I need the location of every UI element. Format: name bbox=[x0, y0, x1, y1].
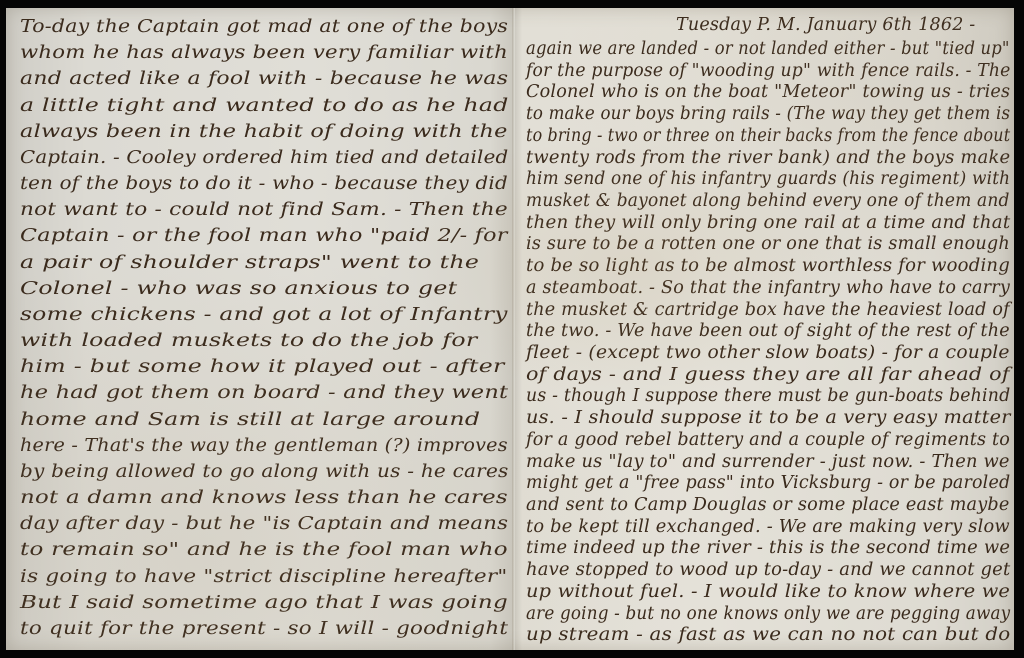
scanned-letter: To-day the Captain got mad at one of the… bbox=[0, 0, 1024, 658]
left-page: To-day the Captain got mad at one of the… bbox=[20, 8, 508, 650]
handwritten-line: up stream - as fast as we can no not can… bbox=[526, 620, 1010, 650]
center-fold bbox=[512, 8, 515, 650]
right-page: Tuesday P. M. January 6th 1862 - again w… bbox=[526, 8, 1010, 650]
handwritten-line: to quit for the present - so I will - go… bbox=[20, 614, 508, 644]
paper-sheet: To-day the Captain got mad at one of the… bbox=[6, 8, 1014, 650]
